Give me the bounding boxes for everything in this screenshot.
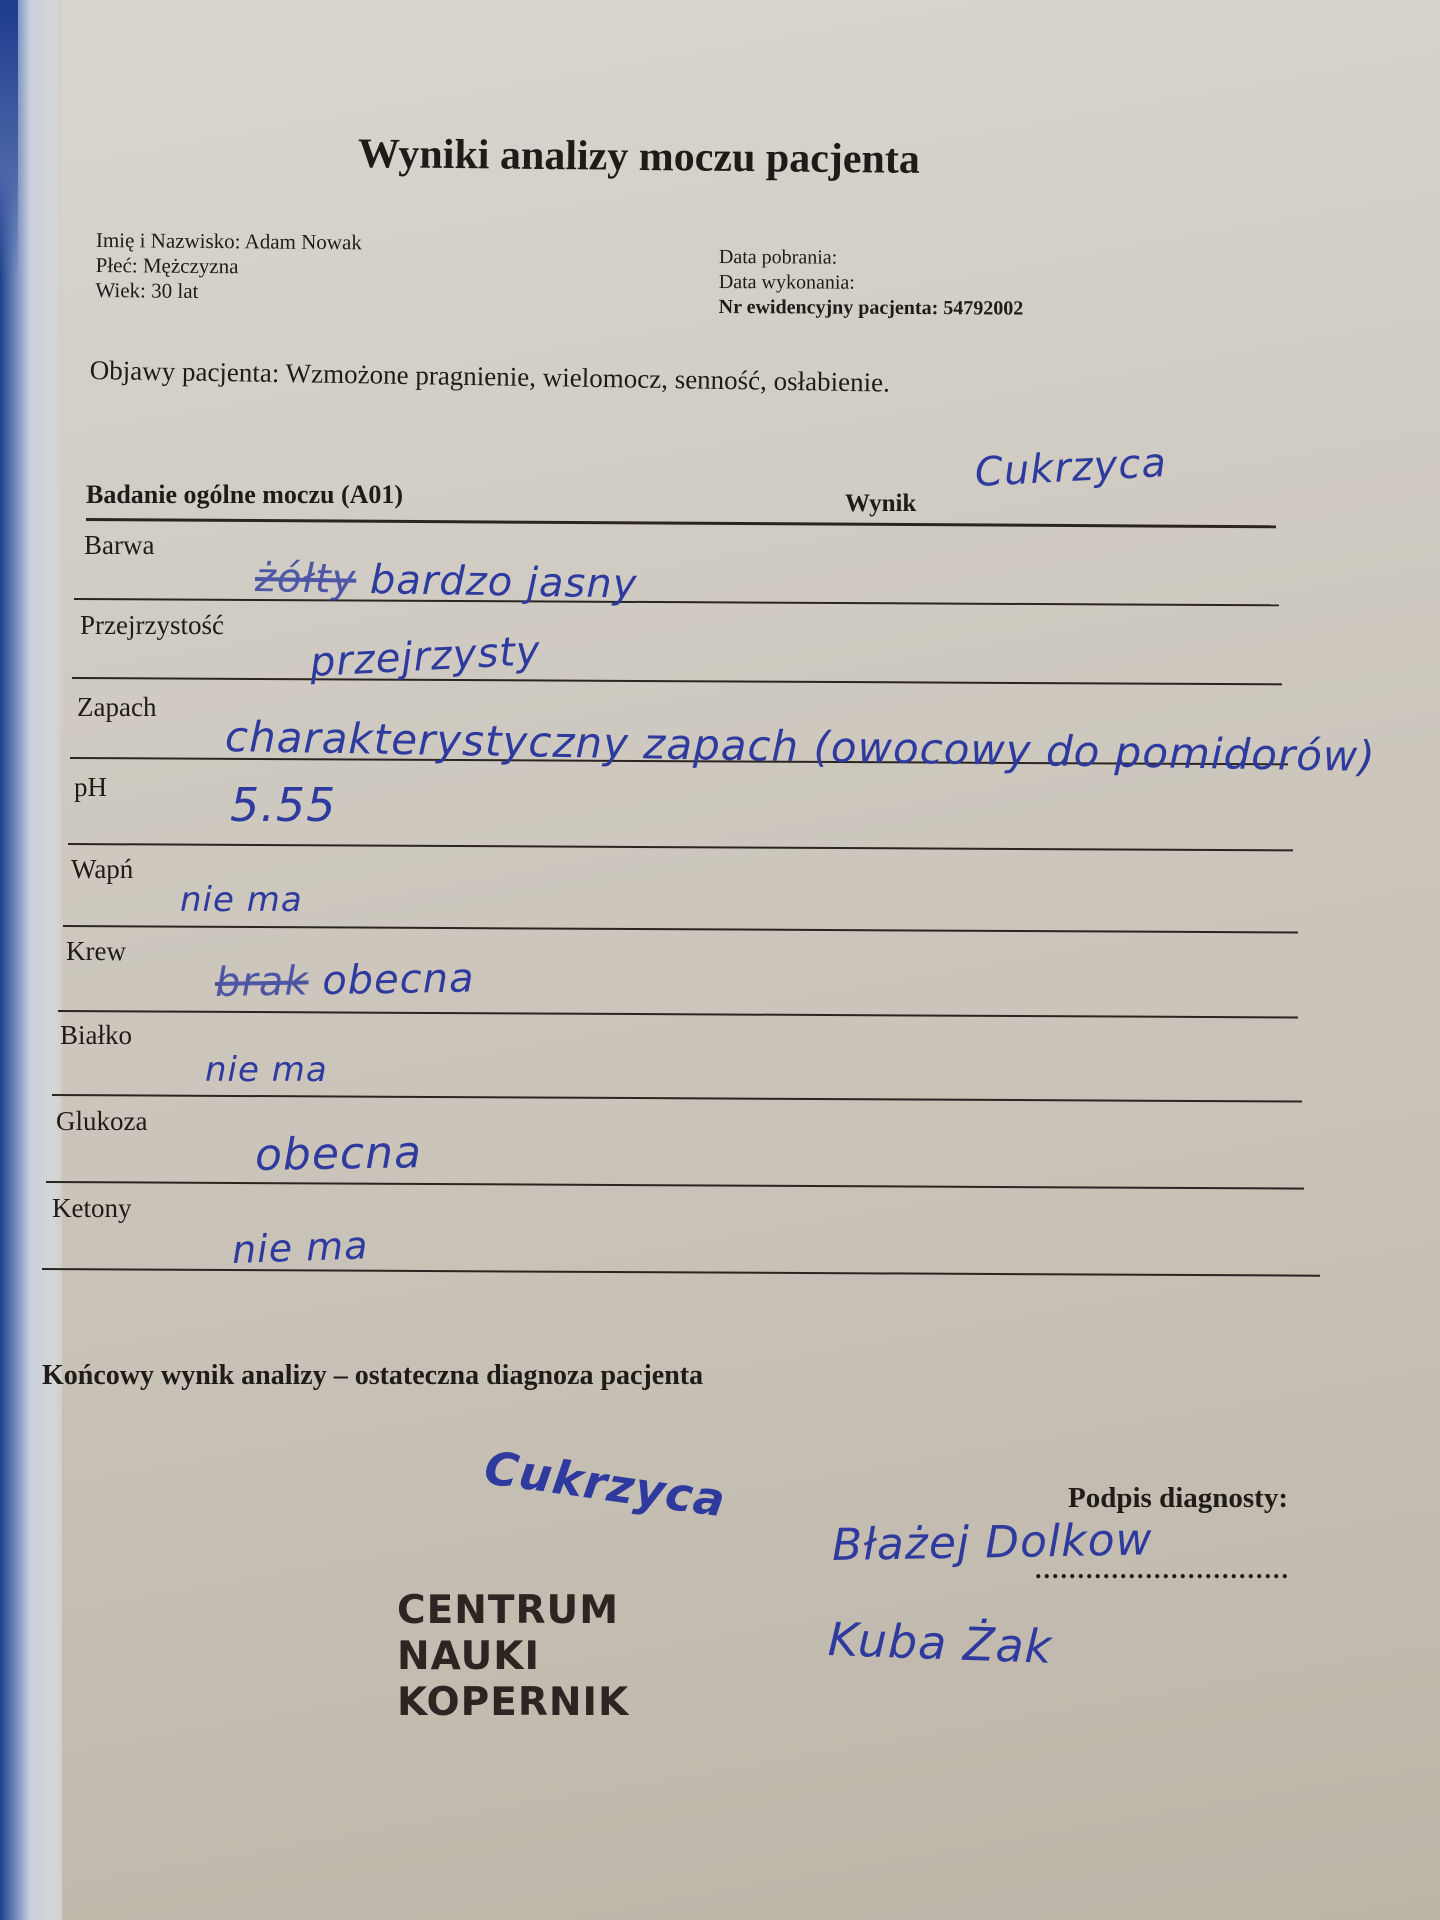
signature-2: Kuba Żak [827, 1612, 1053, 1674]
patient-name: Imię i Nazwisko: Adam Nowak [96, 228, 362, 255]
struck-value: brak [215, 958, 309, 1006]
logo-line-2: NAUKI [397, 1634, 629, 1680]
signature-1: Błażej Dolkow [832, 1514, 1153, 1571]
row-value-białko: nie ma [205, 1050, 328, 1090]
performed-date-label: Data wykonania: [719, 270, 1024, 297]
binder-edge [0, 0, 70, 1920]
exam-section-title: Badanie ogólne moczu (A01) [86, 480, 403, 510]
handwritten-value: 5.55 [230, 778, 336, 832]
row-label-glukoza: Glukoza [56, 1106, 147, 1137]
logo-line-1: CENTRUM [397, 1588, 629, 1634]
result-label: Wynik [845, 490, 916, 518]
row-label-krew: Krew [66, 936, 126, 967]
row-label-ph: pH [74, 772, 107, 803]
handwritten-value: obecna [255, 1127, 423, 1181]
handwritten-value: nie ma [205, 1050, 328, 1090]
handwritten-value: bardzo jasny [370, 557, 638, 608]
collection-date-label: Data pobrania: [719, 245, 1024, 272]
document-title: Wyniki analizy moczu pacjenta [358, 130, 920, 184]
row-label-zapach: Zapach [77, 692, 156, 723]
handwritten-value: nie ma [180, 880, 303, 920]
handwritten-value: obecna [322, 955, 475, 1004]
row-value-ph: 5.55 [230, 778, 336, 832]
row-value-ketony: nie ma [231, 1223, 369, 1272]
row-value-wapń: nie ma [180, 880, 303, 920]
patient-age: Wiek: 30 lat [95, 278, 361, 305]
row-label-barwa: Barwa [84, 530, 154, 561]
row-value-krew: brak obecna [215, 955, 475, 1006]
struck-value: żółty [255, 555, 357, 603]
signature-label: Podpis diagnosty: [1068, 1482, 1288, 1515]
sample-dates: Data pobrania: Data wykonania: Nr ewiden… [719, 245, 1024, 322]
centrum-nauki-kopernik-logo: CENTRUM NAUKI KOPERNIK [397, 1588, 629, 1726]
patient-sex: Płeć: Mężczyzna [96, 253, 362, 280]
row-value-barwa: żółty bardzo jasny [255, 555, 638, 608]
row-value-glukoza: obecna [255, 1127, 423, 1181]
row-label-wapń: Wapń [71, 854, 133, 885]
patient-info: Imię i Nazwisko: Adam Nowak Płeć: Mężczy… [95, 228, 362, 305]
row-label-białko: Białko [60, 1020, 132, 1051]
logo-line-3: KOPERNIK [397, 1680, 629, 1726]
handwritten-value: nie ma [231, 1223, 369, 1272]
row-label-ketony: Ketony [52, 1193, 131, 1224]
patient-record-number: Nr ewidencyjny pacjenta: 54792002 [719, 295, 1024, 322]
final-diagnosis-heading: Końcowy wynik analizy – ostateczna diagn… [42, 1360, 703, 1392]
row-label-przejrzystość: Przejrzystość [80, 610, 224, 641]
